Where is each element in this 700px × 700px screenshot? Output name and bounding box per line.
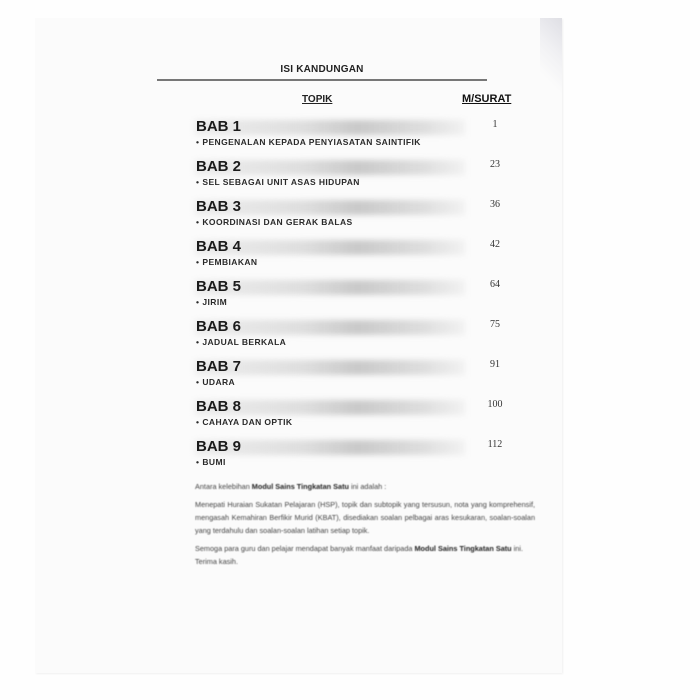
chapter-label: BAB 3 (196, 198, 241, 215)
toc-list: BAB 1•PENGENALAN KEPADA PENYIASATAN SAIN… (157, 118, 522, 478)
page-title: ISI KANDUNGAN (157, 64, 487, 75)
photo-background: ISI KANDUNGAN TOPIK M/SURAT BAB 1•PENGEN… (0, 0, 700, 700)
column-header-page: M/SURAT (462, 93, 511, 105)
column-headers: TOPIK M/SURAT (157, 94, 522, 118)
toc-entry: BAB 2•SEL SEBAGAI UNIT ASAS HIDUPAN23 (157, 158, 522, 198)
toc-entry: BAB 4•PEMBIAKAN42 (157, 238, 522, 278)
chapter-label: BAB 6 (196, 318, 241, 335)
bullet-icon: • (196, 297, 199, 307)
chapter-topic: •UDARA (196, 377, 235, 387)
chapter-topic: •PEMBIAKAN (196, 257, 257, 267)
intro-paragraph-3: Semoga para guru dan pelajar mendapat ba… (195, 542, 535, 568)
bullet-icon: • (196, 457, 199, 467)
toc-entry: BAB 6•JADUAL BERKALA75 (157, 318, 522, 358)
topic-title: JADUAL BERKALA (202, 337, 286, 347)
intro-paragraph-1: Antara kelebihan Modul Sains Tingkatan S… (195, 480, 535, 493)
topic-title: JIRIM (202, 297, 227, 307)
chapter-topic: •PENGENALAN KEPADA PENYIASATAN SAINTIFIK (196, 137, 421, 147)
module-name: Modul Sains Tingkatan Satu (414, 544, 511, 553)
toc-entry: BAB 8•CAHAYA DAN OPTIK100 (157, 398, 522, 438)
page-number: 1 (475, 119, 515, 130)
title-divider (157, 79, 487, 81)
chapter-topic: •BUMI (196, 457, 226, 467)
chapter-label: BAB 7 (196, 358, 241, 375)
chapter-label: BAB 2 (196, 158, 241, 175)
page-number: 64 (475, 279, 515, 290)
topic-title: PENGENALAN KEPADA PENYIASATAN SAINTIFIK (202, 137, 420, 147)
bullet-icon: • (196, 137, 199, 147)
intro-paragraph-2: Menepati Huraian Sukatan Pelajaran (HSP)… (195, 498, 535, 537)
topic-title: BUMI (202, 457, 225, 467)
chapter-topic: •JADUAL BERKALA (196, 337, 286, 347)
chapter-label: BAB 1 (196, 118, 241, 135)
topic-title: KOORDINASI DAN GERAK BALAS (202, 217, 352, 227)
toc-entry: BAB 9•BUMI112 (157, 438, 522, 478)
page-number: 42 (475, 239, 515, 250)
bullet-icon: • (196, 177, 199, 187)
toc-entry: BAB 3•KOORDINASI DAN GERAK BALAS36 (157, 198, 522, 238)
topic-title: SEL SEBAGAI UNIT ASAS HIDUPAN (202, 177, 359, 187)
table-of-contents: ISI KANDUNGAN TOPIK M/SURAT BAB 1•PENGEN… (157, 40, 522, 478)
module-name: Modul Sains Tingkatan Satu (252, 482, 349, 491)
chapter-label: BAB 8 (196, 398, 241, 415)
bullet-icon: • (196, 337, 199, 347)
chapter-label: BAB 9 (196, 438, 241, 455)
toc-entry: BAB 7•UDARA91 (157, 358, 522, 398)
page-number: 23 (475, 159, 515, 170)
page-number: 75 (475, 319, 515, 330)
chapter-topic: •KOORDINASI DAN GERAK BALAS (196, 217, 353, 227)
page-number: 91 (475, 359, 515, 370)
page-corner-shadow (540, 18, 562, 98)
page-number: 112 (475, 439, 515, 450)
chapter-topic: •SEL SEBAGAI UNIT ASAS HIDUPAN (196, 177, 360, 187)
topic-title: PEMBIAKAN (202, 257, 257, 267)
chapter-label: BAB 5 (196, 278, 241, 295)
bullet-icon: • (196, 377, 199, 387)
chapter-label: BAB 4 (196, 238, 241, 255)
bullet-icon: • (196, 257, 199, 267)
page-number: 100 (475, 399, 515, 410)
toc-entry: BAB 1•PENGENALAN KEPADA PENYIASATAN SAIN… (157, 118, 522, 158)
intro-text: Antara kelebihan Modul Sains Tingkatan S… (195, 480, 535, 573)
column-header-topic: TOPIK (302, 94, 332, 105)
topic-title: CAHAYA DAN OPTIK (202, 417, 292, 427)
chapter-topic: •JIRIM (196, 297, 227, 307)
page-number: 36 (475, 199, 515, 210)
bullet-icon: • (196, 417, 199, 427)
chapter-topic: •CAHAYA DAN OPTIK (196, 417, 292, 427)
bullet-icon: • (196, 217, 199, 227)
topic-title: UDARA (202, 377, 235, 387)
toc-entry: BAB 5•JIRIM64 (157, 278, 522, 318)
